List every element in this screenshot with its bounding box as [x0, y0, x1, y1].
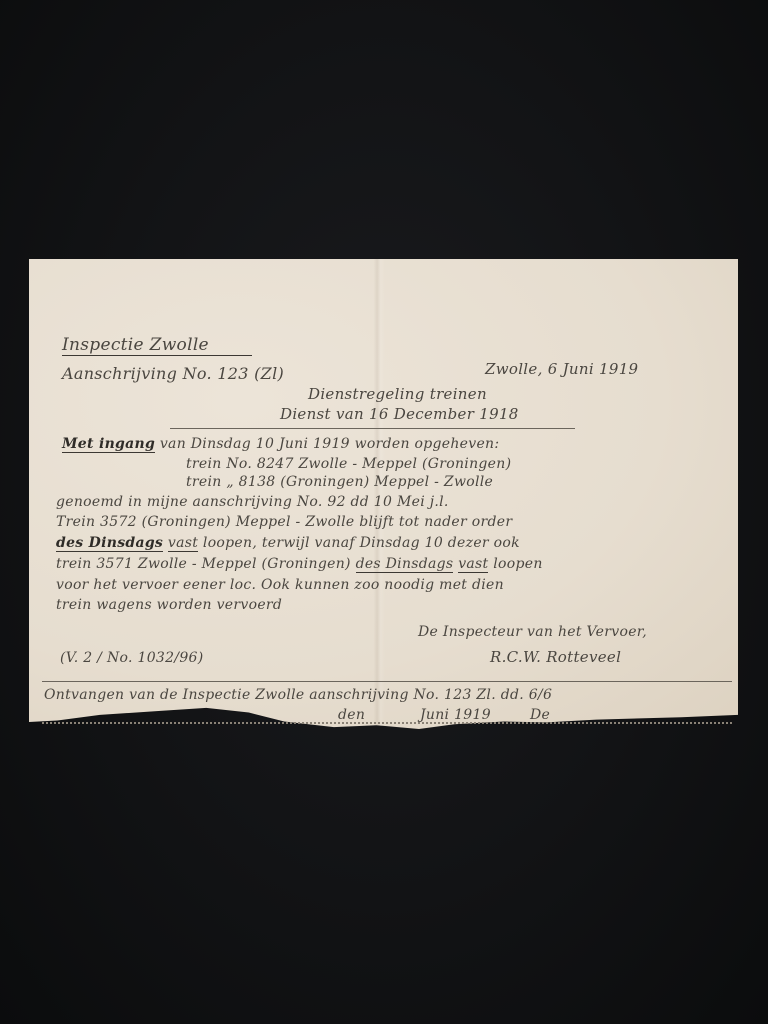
- receipt-date: Juni 1919: [420, 707, 491, 723]
- place-date: Zwolle, 6 Juni 1919: [485, 360, 638, 378]
- receipt-den: den: [338, 707, 365, 723]
- title-line-1: Dienstregeling treinen: [308, 385, 487, 403]
- title-divider: [170, 428, 575, 429]
- body-line-4: genoemd in mijne aanschrijving No. 92 dd…: [56, 494, 449, 510]
- body-line-7: trein 3571 Zwolle - Meppel (Groningen) d…: [56, 556, 543, 572]
- reference-number: Aanschrijving No. 123 (Zl): [62, 364, 284, 383]
- body-line-2: trein No. 8247 Zwolle - Meppel (Groninge…: [186, 456, 511, 472]
- body-line-5: Trein 3572 (Groningen) Meppel - Zwolle b…: [56, 514, 512, 530]
- emphasis-vast: vast: [168, 535, 198, 552]
- body-line-8: voor het vervoer eener loc. Ook kunnen z…: [56, 577, 504, 593]
- receipt-line-1: Ontvangen van de Inspectie Zwolle aansch…: [44, 687, 552, 703]
- signature-role: De Inspecteur van het Vervoer,: [418, 624, 647, 640]
- body-line-1-rest: van Dinsdag 10 Juni 1919 worden opgeheve…: [160, 436, 500, 452]
- title-line-2: Dienst van 16 December 1918: [280, 405, 519, 423]
- file-reference: (V. 2 / No. 1032/96): [60, 650, 204, 666]
- body-line-6: des Dinsdags vast loopen, terwijl vanaf …: [56, 535, 520, 551]
- receipt-dotted-line: [42, 722, 732, 724]
- body-line-7-end: loopen: [493, 556, 542, 572]
- body-line-3: trein „ 8138 (Groningen) Meppel - Zwolle: [186, 474, 493, 490]
- emphasis-vast-2: vast: [458, 556, 488, 573]
- signature-name: R.C.W. Rotteveel: [490, 648, 621, 666]
- body-line-9: trein wagens worden vervoerd: [56, 597, 282, 613]
- receipt-de: De: [530, 707, 550, 723]
- receipt-divider: [42, 681, 732, 682]
- office-heading: Inspectie Zwolle: [62, 335, 252, 356]
- emphasis-dinsdags-2: des Dinsdags: [356, 556, 454, 573]
- emphasis-dinsdags: des Dinsdags: [56, 535, 163, 552]
- body-line-7-start: trein 3571 Zwolle - Meppel (Groningen): [56, 556, 351, 572]
- body-line-6-rest: loopen, terwijl vanaf Dinsdag 10 dezer o…: [203, 535, 520, 551]
- lead-text: Met ingang: [62, 436, 155, 453]
- body-line-1: Met ingang van Dinsdag 10 Juni 1919 word…: [62, 436, 499, 452]
